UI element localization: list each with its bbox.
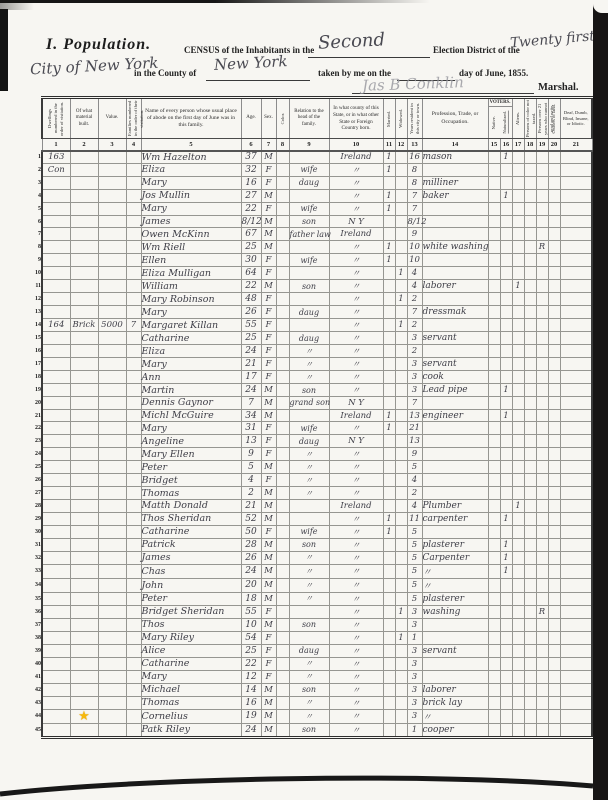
cell-colr xyxy=(276,151,289,164)
cell-occ: white washing xyxy=(422,241,488,254)
row-number: 24 xyxy=(30,448,42,461)
cell-v19 xyxy=(536,525,548,538)
row-number: 15 xyxy=(30,332,42,345)
cell-rel: grand son xyxy=(289,397,329,410)
cell-wid xyxy=(395,384,407,397)
cell-v20 xyxy=(548,474,560,487)
cell-v18 xyxy=(524,435,536,448)
cell-mat xyxy=(70,293,98,306)
cell-val xyxy=(98,538,126,551)
cell-val xyxy=(98,254,126,267)
row-number: 38 xyxy=(30,631,42,644)
cell-v16 xyxy=(500,461,512,474)
cell-val xyxy=(98,397,126,410)
cell-mar xyxy=(383,683,395,696)
cell-v15 xyxy=(488,512,500,525)
cell-mar xyxy=(383,448,395,461)
cell-dw xyxy=(42,512,70,525)
cell-val xyxy=(98,293,126,306)
cell-born: 〃 xyxy=(329,280,383,293)
cell-v18 xyxy=(524,618,536,631)
person-row: 29Thos Sheridan52M〃111carpenter1 xyxy=(30,512,592,525)
cell-v16 xyxy=(500,163,512,176)
cell-v21 xyxy=(560,254,592,267)
cell-wid xyxy=(395,254,407,267)
cell-v17 xyxy=(512,709,524,723)
person-row: 19Martin24Mson〃3Lead pipe1 xyxy=(30,384,592,397)
cell-mar xyxy=(383,280,395,293)
cell-v15 xyxy=(488,461,500,474)
cell-v15 xyxy=(488,202,500,215)
cell-v18 xyxy=(524,564,536,578)
cell-val: 5000 xyxy=(98,319,126,332)
cell-born: 〃 xyxy=(329,241,383,254)
cell-v20 xyxy=(548,605,560,618)
cell-fam xyxy=(126,578,141,592)
column-label: Deaf, Dumb, Blind, Insane, or Idiotic. xyxy=(561,110,592,128)
cell-v21 xyxy=(560,512,592,525)
cell-dw xyxy=(42,422,70,435)
person-row: 35Peter18M〃〃5plasterer xyxy=(30,592,592,605)
cell-wid xyxy=(395,644,407,657)
cell-v21 xyxy=(560,618,592,631)
cell-mat xyxy=(70,500,98,513)
cell-v19 xyxy=(536,189,548,202)
page-edge-right xyxy=(593,0,608,800)
cell-v20 xyxy=(548,592,560,605)
cell-occ xyxy=(422,448,488,461)
cell-v16 xyxy=(500,592,512,605)
cell-born: N Y xyxy=(329,397,383,410)
cell-v21 xyxy=(560,319,592,332)
row-number: 28 xyxy=(30,500,42,513)
cell-dw xyxy=(42,228,70,241)
cell-name: Mary xyxy=(141,358,241,371)
cell-v19 xyxy=(536,644,548,657)
cell-mat xyxy=(70,631,98,644)
cell-val xyxy=(98,267,126,280)
cell-v19 xyxy=(536,631,548,644)
cell-wid: 1 xyxy=(395,319,407,332)
district-entry: Second xyxy=(317,29,385,53)
cell-occ: 〃 xyxy=(422,564,488,578)
cell-rel: daug xyxy=(289,176,329,189)
column-number: 18 xyxy=(524,139,536,151)
cell-occ: mason xyxy=(422,151,488,164)
cell-v19 xyxy=(536,228,548,241)
cell-v21 xyxy=(560,683,592,696)
cell-v15 xyxy=(488,500,500,513)
cell-rel: 〃 xyxy=(289,709,329,723)
cell-fam: 7 xyxy=(126,319,141,332)
cell-v17 xyxy=(512,657,524,670)
cell-v19 xyxy=(536,332,548,345)
cell-sex: F xyxy=(261,267,276,280)
cell-age: 26 xyxy=(241,551,261,564)
row-number: 23 xyxy=(30,435,42,448)
person-row: 24Mary Ellen9F〃〃9 xyxy=(30,448,592,461)
cell-age: 34 xyxy=(241,409,261,422)
cell-rel: 〃 xyxy=(289,657,329,670)
cell-v16: 1 xyxy=(500,189,512,202)
cell-v16 xyxy=(500,474,512,487)
cell-mar xyxy=(383,551,395,564)
person-row: 33Chas24M〃〃5〃1 xyxy=(30,564,592,578)
cell-age: 7 xyxy=(241,397,261,410)
cell-dw xyxy=(42,644,70,657)
cell-dw xyxy=(42,500,70,513)
cell-mat xyxy=(70,176,98,189)
cell-v19 xyxy=(536,723,548,737)
cell-v15 xyxy=(488,384,500,397)
cell-v16 xyxy=(500,500,512,513)
cell-mat: ★ xyxy=(70,709,98,723)
cell-v16 xyxy=(500,670,512,683)
cell-occ: servant xyxy=(422,332,488,345)
cell-v17 xyxy=(512,435,524,448)
column-number: 7 xyxy=(261,139,276,151)
cell-sex: M xyxy=(261,228,276,241)
cell-occ xyxy=(422,618,488,631)
cell-yrs: 5 xyxy=(407,592,422,605)
cell-v19 xyxy=(536,254,548,267)
cell-yrs: 2 xyxy=(407,319,422,332)
cell-occ xyxy=(422,670,488,683)
column-label: Dwellings numbered in the order of visit… xyxy=(47,100,65,137)
cell-colr xyxy=(276,487,289,500)
cell-v19 xyxy=(536,215,548,228)
cell-mat xyxy=(70,267,98,280)
cell-fam xyxy=(126,592,141,605)
cell-v15 xyxy=(488,371,500,384)
cell-mat xyxy=(70,409,98,422)
column-number-row: 123456789101112131415161718192021 xyxy=(30,139,592,151)
cell-dw xyxy=(42,189,70,202)
cell-occ xyxy=(422,345,488,358)
cell-v19 xyxy=(536,176,548,189)
cell-name: Peter xyxy=(141,461,241,474)
cell-wid xyxy=(395,332,407,345)
cell-wid xyxy=(395,306,407,319)
column-number: 14 xyxy=(422,139,488,151)
cell-sex: M xyxy=(261,696,276,709)
blank-line xyxy=(308,57,430,58)
cell-yrs: 3 xyxy=(407,696,422,709)
cell-name: Michl McGuire xyxy=(141,409,241,422)
cell-mat xyxy=(70,371,98,384)
cell-occ xyxy=(422,487,488,500)
cell-occ xyxy=(422,215,488,228)
county-entry: New York xyxy=(214,52,288,74)
cell-rel: son xyxy=(289,384,329,397)
column-number: 8 xyxy=(276,139,289,151)
cell-v16 xyxy=(500,618,512,631)
cell-v18 xyxy=(524,241,536,254)
cell-mat xyxy=(70,280,98,293)
cell-v18 xyxy=(524,525,536,538)
cell-wid xyxy=(395,280,407,293)
header-row: Dwellings numbered in the order of visit… xyxy=(30,98,592,139)
row-number: 2 xyxy=(30,163,42,176)
cell-v21 xyxy=(560,371,592,384)
cell-v20 xyxy=(548,345,560,358)
cell-v18 xyxy=(524,670,536,683)
cell-v17 xyxy=(512,163,524,176)
cell-colr xyxy=(276,644,289,657)
cell-v20 xyxy=(548,487,560,500)
cell-age: 25 xyxy=(241,241,261,254)
cell-name: Bridget xyxy=(141,474,241,487)
cell-v15 xyxy=(488,215,500,228)
cell-v18 xyxy=(524,631,536,644)
cell-v17 xyxy=(512,448,524,461)
column-label: Families numbered in the order of their … xyxy=(127,100,145,137)
cell-occ: cooper xyxy=(422,723,488,737)
person-row: 41Mary12F〃〃3 xyxy=(30,670,592,683)
cell-dw xyxy=(42,461,70,474)
cell-v19 xyxy=(536,280,548,293)
cell-v19 xyxy=(536,163,548,176)
cell-name: Angeline xyxy=(141,435,241,448)
cell-v20 xyxy=(548,709,560,723)
cell-wid xyxy=(395,151,407,164)
cell-name: Patrick xyxy=(141,538,241,551)
cell-born: 〃 xyxy=(329,371,383,384)
cell-v18 xyxy=(524,306,536,319)
cell-sex: F xyxy=(261,525,276,538)
cell-born: 〃 xyxy=(329,696,383,709)
cell-v16 xyxy=(500,176,512,189)
cell-name: Mary Riley xyxy=(141,631,241,644)
cell-wid xyxy=(395,487,407,500)
cell-dw xyxy=(42,538,70,551)
cell-born: 〃 xyxy=(329,163,383,176)
cell-v21 xyxy=(560,202,592,215)
cell-v16 xyxy=(500,723,512,737)
cell-occ xyxy=(422,435,488,448)
column-label: Value. xyxy=(99,115,126,122)
person-row: 40Catharine22F〃〃3 xyxy=(30,657,592,670)
row-number: 34 xyxy=(30,578,42,592)
cell-v15 xyxy=(488,551,500,564)
cell-colr xyxy=(276,422,289,435)
cell-v18 xyxy=(524,358,536,371)
cell-v16 xyxy=(500,397,512,410)
cell-colr xyxy=(276,306,289,319)
cell-rel: son xyxy=(289,538,329,551)
cell-v20 xyxy=(548,578,560,592)
cell-val xyxy=(98,670,126,683)
cell-v15 xyxy=(488,605,500,618)
cell-yrs: 3 xyxy=(407,618,422,631)
cell-mar xyxy=(383,657,395,670)
cell-fam xyxy=(126,267,141,280)
cell-rel xyxy=(289,189,329,202)
cell-age: 10 xyxy=(241,618,261,631)
cell-v19 xyxy=(536,487,548,500)
cell-v21 xyxy=(560,525,592,538)
cell-v17 xyxy=(512,371,524,384)
cell-sex: F xyxy=(261,163,276,176)
cell-rel xyxy=(289,631,329,644)
cell-name: Peter xyxy=(141,592,241,605)
cell-sex: F xyxy=(261,202,276,215)
person-row: 6James8/12MsonN Y8/12 xyxy=(30,215,592,228)
column-number: 5 xyxy=(141,139,241,151)
cell-mat xyxy=(70,189,98,202)
cell-occ: dressmak xyxy=(422,306,488,319)
cell-colr xyxy=(276,435,289,448)
cell-v16 xyxy=(500,422,512,435)
cell-yrs: 2 xyxy=(407,487,422,500)
cell-age: 31 xyxy=(241,422,261,435)
cell-v18 xyxy=(524,422,536,435)
cell-sex: F xyxy=(261,657,276,670)
cell-v18 xyxy=(524,487,536,500)
column-number: 9 xyxy=(289,139,329,151)
cell-v21 xyxy=(560,176,592,189)
cell-sex: M xyxy=(261,709,276,723)
cell-dw xyxy=(42,525,70,538)
cell-name: Mary xyxy=(141,176,241,189)
cell-v17 xyxy=(512,293,524,306)
cell-wid xyxy=(395,345,407,358)
cell-dw xyxy=(42,202,70,215)
cell-sex: M xyxy=(261,384,276,397)
cell-mar xyxy=(383,487,395,500)
cell-name: Dennis Gaynor xyxy=(141,397,241,410)
row-number: 8 xyxy=(30,241,42,254)
cell-born: 〃 xyxy=(329,538,383,551)
cell-v21 xyxy=(560,592,592,605)
cell-age: 20 xyxy=(241,578,261,592)
row-number: 22 xyxy=(30,422,42,435)
cell-v17 xyxy=(512,696,524,709)
cell-dw xyxy=(42,592,70,605)
cell-rel xyxy=(289,319,329,332)
cell-colr xyxy=(276,384,289,397)
cell-age: 64 xyxy=(241,267,261,280)
row-number: 20 xyxy=(30,397,42,410)
cell-mar xyxy=(383,319,395,332)
cell-val xyxy=(98,358,126,371)
cell-v16 xyxy=(500,644,512,657)
cell-v16: 1 xyxy=(500,151,512,164)
cell-rel xyxy=(289,293,329,306)
cell-born: 〃 xyxy=(329,358,383,371)
cell-v20 xyxy=(548,151,560,164)
cell-wid xyxy=(395,474,407,487)
cell-v20 xyxy=(548,657,560,670)
person-row: 38Mary Riley54F〃11 xyxy=(30,631,592,644)
cell-occ xyxy=(422,397,488,410)
cell-colr xyxy=(276,448,289,461)
cell-born: 〃 xyxy=(329,631,383,644)
cell-fam xyxy=(126,670,141,683)
cell-v20 xyxy=(548,176,560,189)
cell-name: Bridget Sheridan xyxy=(141,605,241,618)
cell-v18 xyxy=(524,551,536,564)
cell-v16 xyxy=(500,487,512,500)
cell-v19 xyxy=(536,592,548,605)
cell-yrs: 7 xyxy=(407,202,422,215)
cell-mat xyxy=(70,723,98,737)
cell-mar: 1 xyxy=(383,512,395,525)
cell-v20 xyxy=(548,500,560,513)
cell-v18 xyxy=(524,189,536,202)
cell-born: 〃 xyxy=(329,319,383,332)
cell-v20 xyxy=(548,293,560,306)
cell-v20 xyxy=(548,202,560,215)
cell-v16 xyxy=(500,578,512,592)
cell-age: 48 xyxy=(241,293,261,306)
cell-v17 xyxy=(512,345,524,358)
cell-v19 xyxy=(536,709,548,723)
cell-v18 xyxy=(524,215,536,228)
cell-v15 xyxy=(488,254,500,267)
cell-wid xyxy=(395,564,407,578)
cell-fam xyxy=(126,487,141,500)
cell-v17 xyxy=(512,474,524,487)
cell-rel: wife xyxy=(289,422,329,435)
cell-rel: 〃 xyxy=(289,345,329,358)
cell-fam xyxy=(126,723,141,737)
cell-sex: F xyxy=(261,254,276,267)
cell-v17 xyxy=(512,592,524,605)
cell-colr xyxy=(276,512,289,525)
cell-v15 xyxy=(488,723,500,737)
row-number: 43 xyxy=(30,696,42,709)
cell-occ xyxy=(422,657,488,670)
page-edge-top xyxy=(0,0,430,3)
cell-v18 xyxy=(524,267,536,280)
cell-mat xyxy=(70,163,98,176)
cell-fam xyxy=(126,525,141,538)
cell-mat xyxy=(70,474,98,487)
cell-colr xyxy=(276,525,289,538)
cell-v20 xyxy=(548,461,560,474)
cell-mar xyxy=(383,696,395,709)
cell-v19 xyxy=(536,371,548,384)
cell-born: 〃 xyxy=(329,525,383,538)
cell-mar xyxy=(383,605,395,618)
column-header-19: Persons over 21 years who cannot read an… xyxy=(536,98,548,139)
cell-name: Eliza xyxy=(141,163,241,176)
cell-val xyxy=(98,176,126,189)
person-row: 3Mary16Fdaug〃8milliner xyxy=(30,176,592,189)
cell-born: N Y xyxy=(329,215,383,228)
cell-born: 〃 xyxy=(329,709,383,723)
cell-born: 〃 xyxy=(329,461,383,474)
cell-yrs: 8 xyxy=(407,176,422,189)
cell-v21 xyxy=(560,709,592,723)
cell-val xyxy=(98,644,126,657)
cell-v16 xyxy=(500,215,512,228)
cell-v18 xyxy=(524,605,536,618)
cell-mat xyxy=(70,592,98,605)
cell-colr xyxy=(276,538,289,551)
cell-occ: Lead pipe xyxy=(422,384,488,397)
cell-sex: F xyxy=(261,474,276,487)
cell-colr xyxy=(276,409,289,422)
row-number: 16 xyxy=(30,345,42,358)
cell-v15 xyxy=(488,163,500,176)
cell-born: 〃 xyxy=(329,422,383,435)
cell-v15 xyxy=(488,683,500,696)
cell-v21 xyxy=(560,435,592,448)
column-header-10: In what county of this State, or in what… xyxy=(329,98,383,139)
cell-v18 xyxy=(524,409,536,422)
